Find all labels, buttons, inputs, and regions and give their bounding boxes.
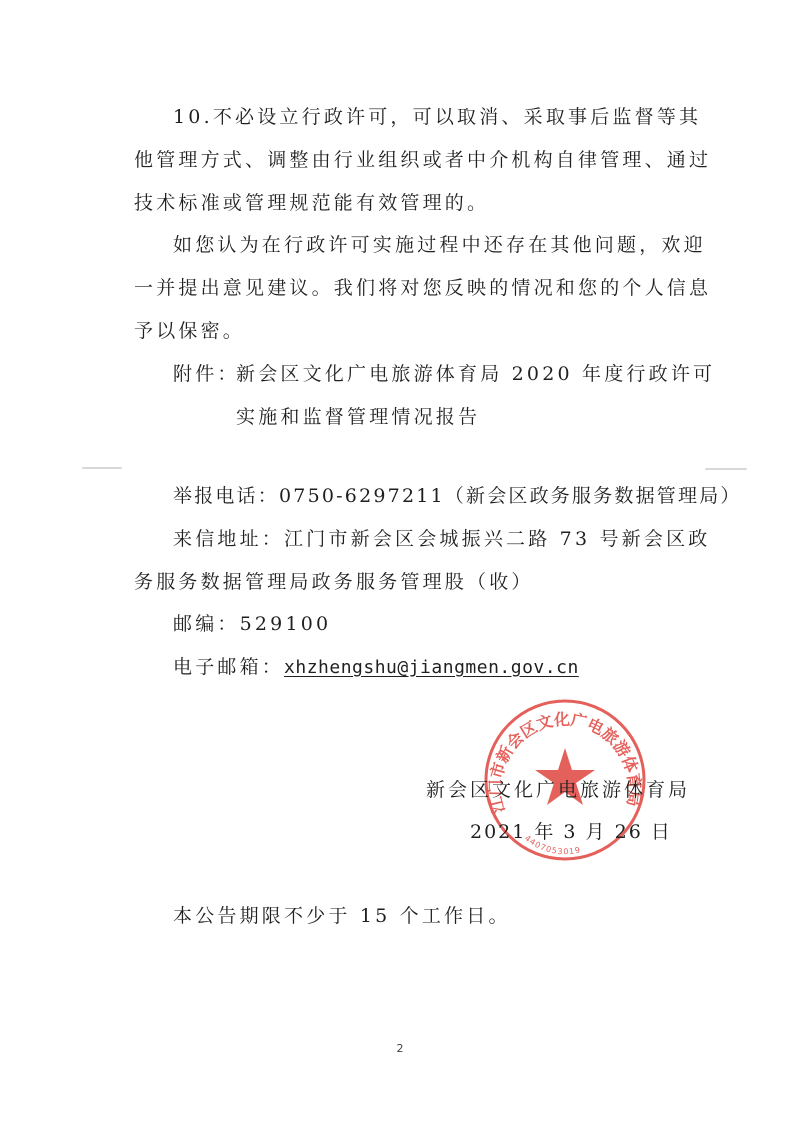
address-value-line1: 江门市新会区会城振兴二路 73 号新会区政 [284, 528, 710, 550]
postcode-label: 邮编： [173, 613, 240, 635]
scan-mark-right [705, 468, 747, 470]
attachment-label: 附件： [173, 362, 240, 386]
feedback-line2: 一并提出意见建议。我们将对您反映的情况和您的个人信息 [134, 276, 711, 300]
phone-value: 0750-6297211（新会区政务服务数据管理局） [279, 485, 742, 507]
postcode-row: 邮编：529100 [173, 612, 331, 636]
phone-row: 举报电话：0750-6297211（新会区政务服务数据管理局） [173, 484, 742, 508]
scan-mark-left [82, 467, 122, 469]
address-row: 来信地址：江门市新会区会城振兴二路 73 号新会区政 [173, 527, 710, 551]
phone-label: 举报电话： [173, 485, 279, 507]
email-row: 电子邮箱：xhzhengshu@jiangmen.gov.cn [173, 655, 579, 680]
notice-period: 本公告期限不少于 15 个工作日。 [173, 904, 511, 928]
email-label: 电子邮箱： [173, 656, 284, 678]
item10-line3: 技术标准或管理规范能有效管理的。 [134, 191, 489, 215]
item10-line1: 10.不必设立行政许可，可以取消、采取事后监督等其 [173, 105, 701, 129]
feedback-line3: 予以保密。 [134, 319, 245, 343]
attachment-title-line2[interactable]: 实施和监督管理情况报告 [236, 405, 480, 429]
signature-organization: 新会区文化广电旅游体育局 [426, 778, 690, 802]
feedback-line1: 如您认为在行政许可实施过程中还存在其他问题，欢迎 [173, 233, 706, 257]
address-label: 来信地址： [173, 528, 284, 550]
signature-date: 2021 年 3 月 26 日 [470, 820, 672, 844]
address-value-line2: 务服务数据管理局政务服务管理股（收） [134, 570, 534, 594]
email-link[interactable]: xhzhengshu@jiangmen.gov.cn [284, 657, 579, 678]
attachment-title-line1[interactable]: 新会区文化广电旅游体育局 2020 年度行政许可 [236, 362, 715, 386]
item10-line2: 他管理方式、调整由行业组织或者中介机构自律管理、通过 [134, 148, 711, 172]
page-number: 2 [0, 1042, 800, 1055]
postcode-value: 529100 [240, 613, 332, 635]
